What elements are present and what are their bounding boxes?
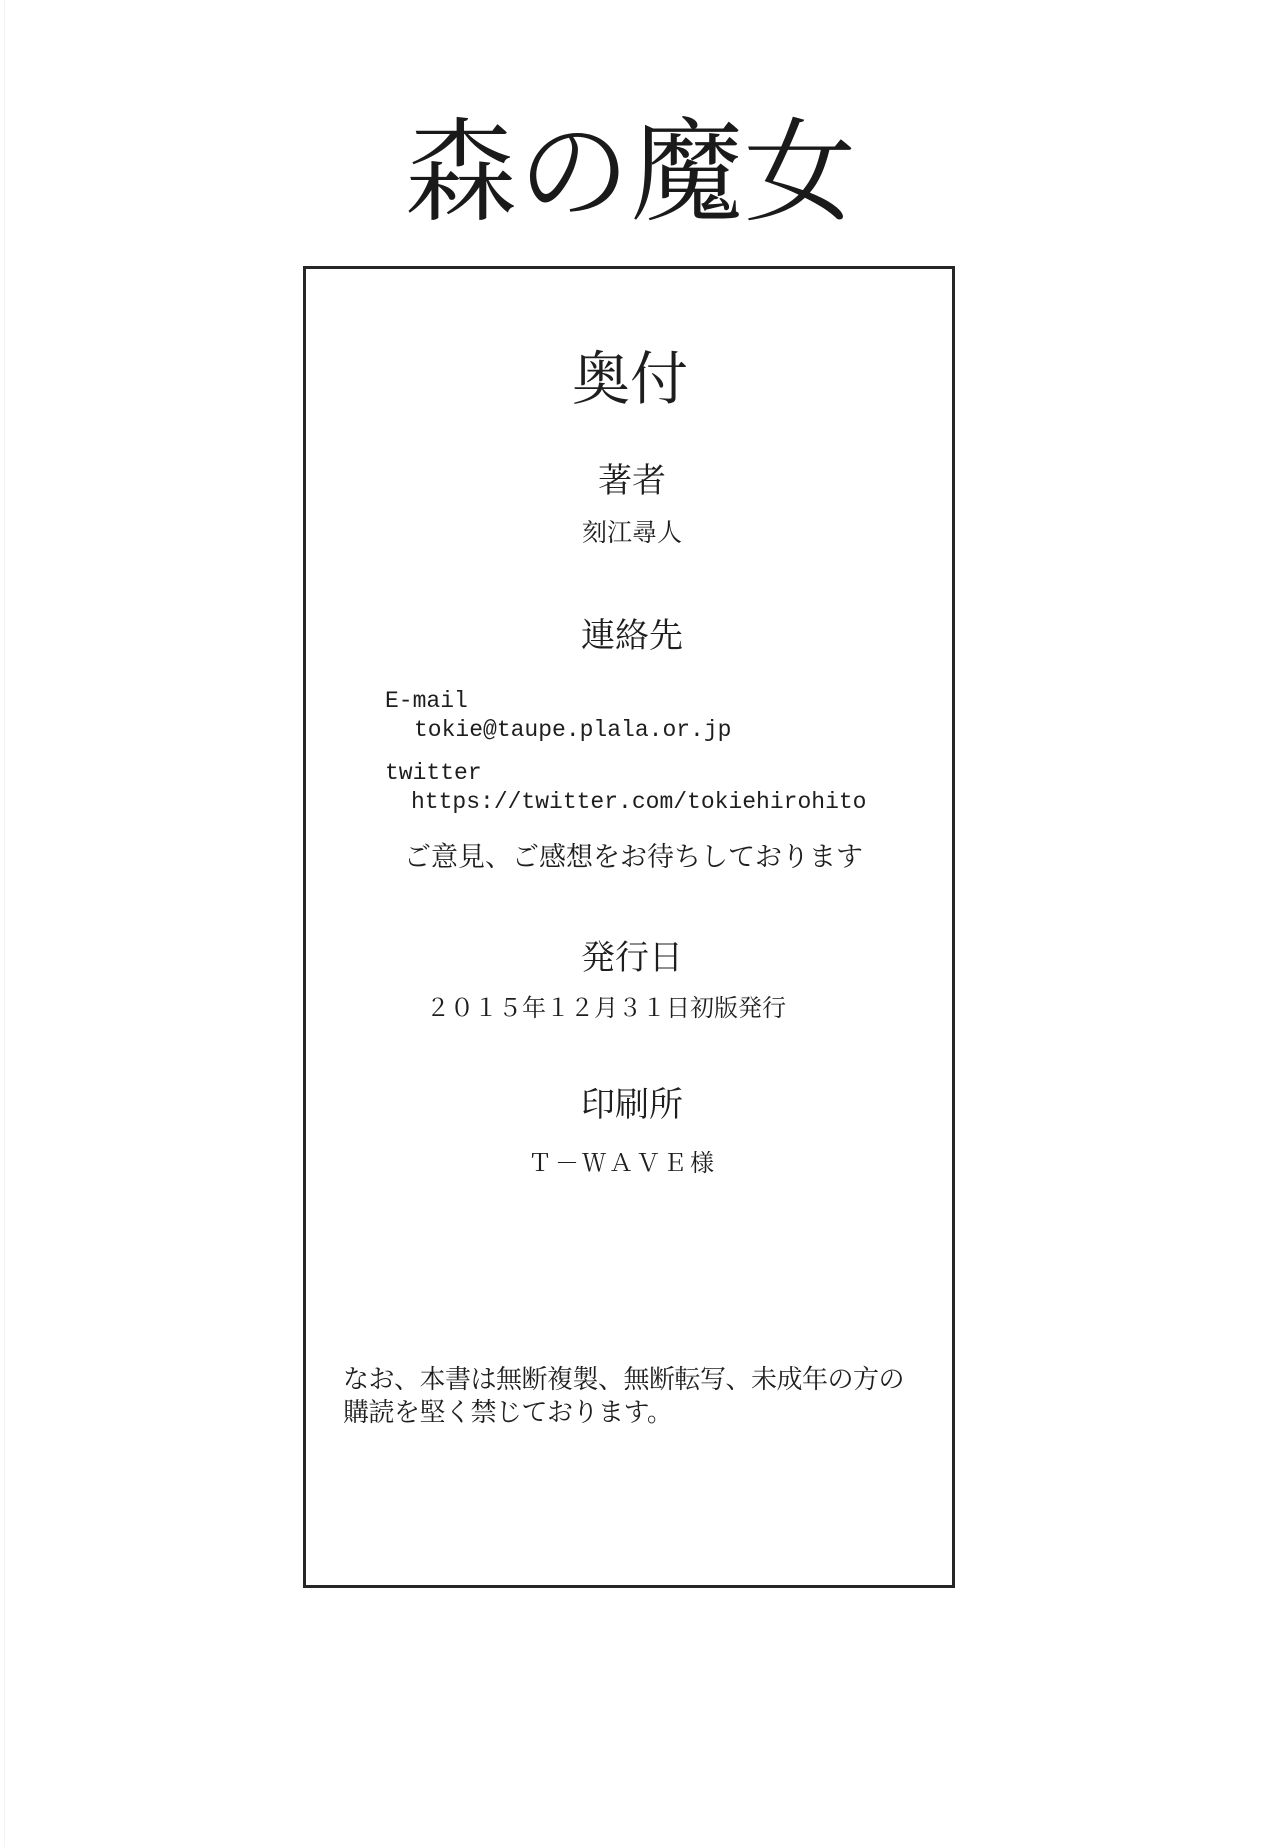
twitter-label: twitter [385, 759, 482, 787]
printer-value: Ｔ－ＷＡＶＥ様 [528, 1148, 717, 1178]
feedback-message: ご意見、ご感想をお待ちしております [404, 841, 863, 875]
contact-label: 連絡先 [0, 616, 1264, 656]
printer-label: 印刷所 [0, 1085, 1264, 1125]
publication-date-value: ２０１５年１２月３１日初版発行 [426, 993, 786, 1023]
author-label: 著者 [0, 461, 1264, 501]
notice-line-2: 購読を堅く禁じております。 [343, 1397, 672, 1430]
colophon-heading: 奥付 [0, 346, 1260, 412]
notice-line-1: なお、本書は無断複製、無断転写、未成年の方の [343, 1364, 904, 1397]
publication-date-label: 発行日 [0, 938, 1264, 978]
book-title: 森の魔女 [0, 108, 1262, 238]
email-label: E-mail [385, 687, 468, 715]
author-name: 刻江尋人 [0, 518, 1264, 548]
page-edge [4, 0, 5, 1847]
twitter-url[interactable]: https://twitter.com/tokiehirohito [411, 788, 866, 816]
email-address[interactable]: tokie@taupe.plala.or.jp [414, 716, 731, 744]
